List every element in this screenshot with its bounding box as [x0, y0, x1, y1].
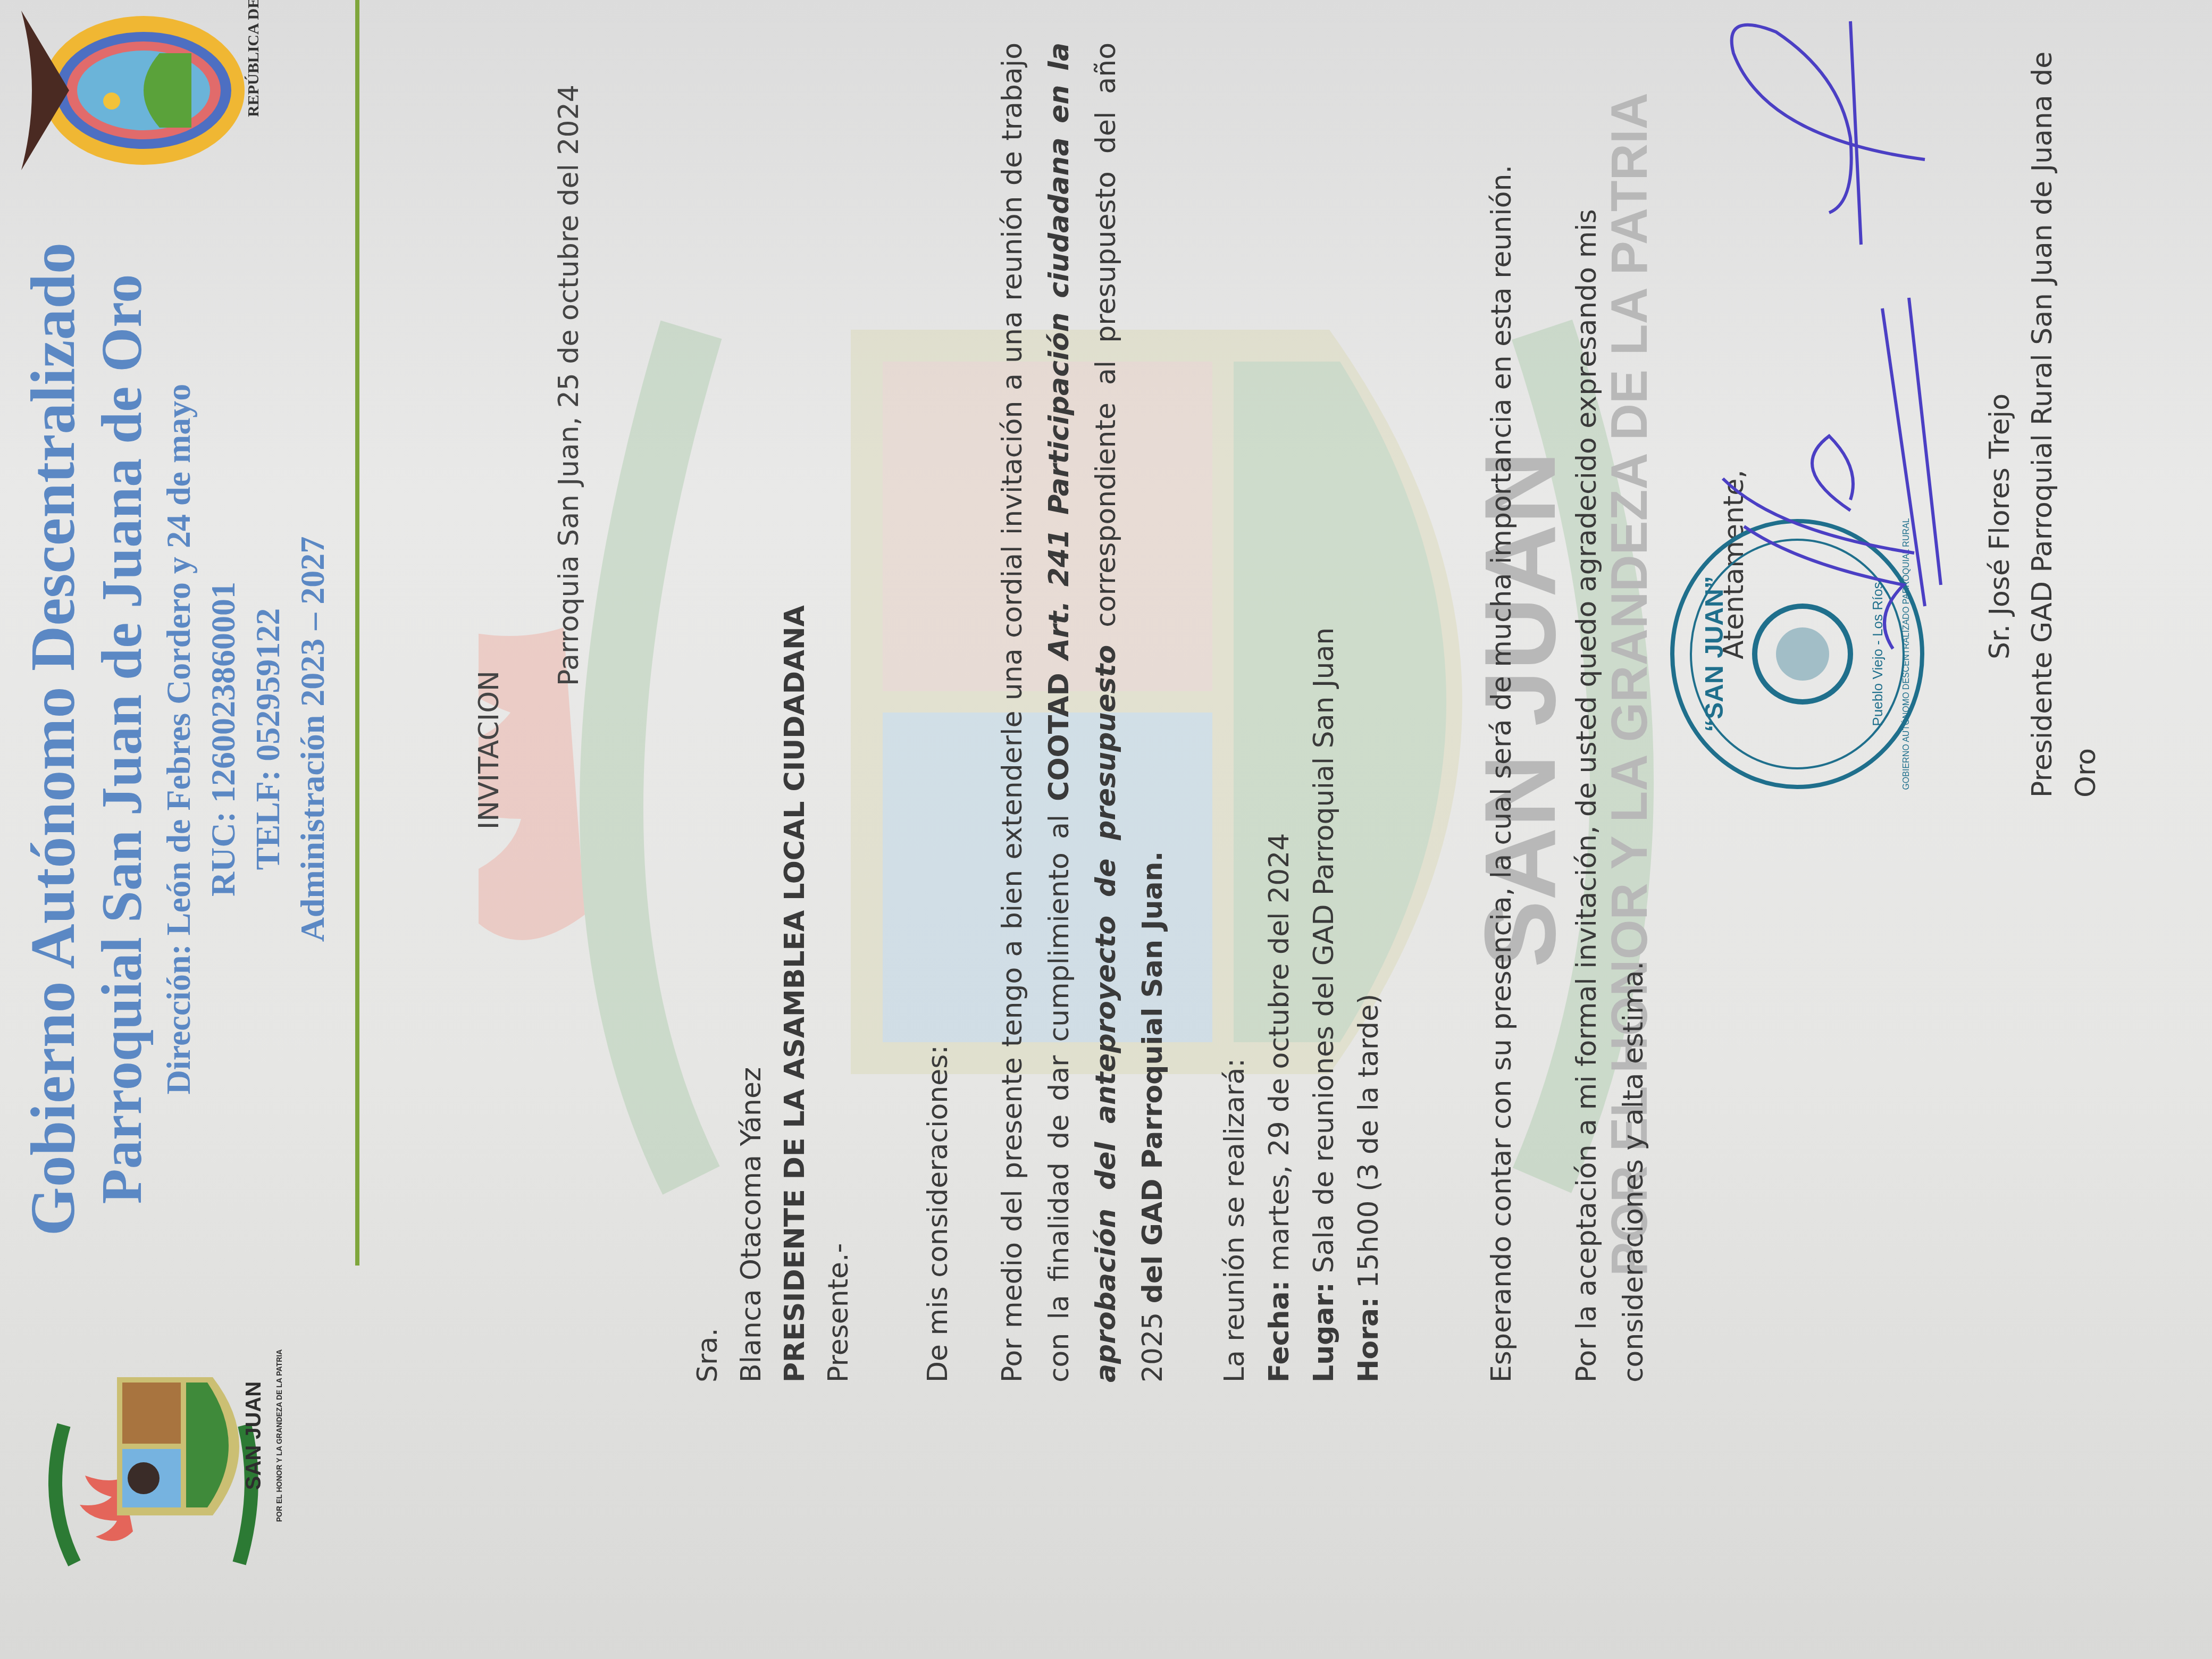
paragraph-expectation: Esperando contar con su presencia, la cu… — [1478, 43, 1525, 1382]
letterhead: Gobierno Autónomo Descentralizado Parroq… — [16, 181, 335, 1297]
place-and-date: Parroquia San Juan, 25 de octubre del 20… — [553, 85, 585, 686]
letterhead-ruc: RUC: 1260023860001 — [201, 181, 246, 1297]
signature-initial-icon — [1702, 0, 1946, 266]
paragraph-invitation: Por medio del presente tengo a bien exte… — [989, 43, 1176, 1382]
svg-text:SAN JUAN: SAN JUAN — [242, 1381, 265, 1490]
letter-page: SAN JUAN POR EL HONOR Y LA GRANDEZA DE L… — [0, 0, 2212, 1659]
cootad-reference: COOTAD — [1043, 673, 1075, 801]
recipient-salutation: Sra. — [686, 605, 730, 1382]
recipient-name: Blanca Otacoma Yánez — [730, 605, 773, 1382]
letterhead-line2: Parroquial San Juan de Juana de Oro — [88, 181, 156, 1297]
meeting-details: La reunión se realizará: Fecha: martes, … — [1212, 627, 1391, 1382]
signature-president-icon — [1691, 287, 1957, 670]
meeting-intro: La reunión se realizará: — [1212, 627, 1257, 1382]
svg-text:POR EL HONOR Y LA GRANDEZA DE: POR EL HONOR Y LA GRANDEZA DE LA PATRIA — [275, 1350, 283, 1522]
meeting-date: Fecha: martes, 29 de octubre del 2024 — [1257, 627, 1302, 1382]
signer-role: Presidente GAD Parroquial Rural San Juan… — [2021, 0, 2108, 798]
gad-reference: del GAD Parroquial San Juan. — [1137, 851, 1169, 1303]
san-juan-coat-of-arms-icon: SAN JUAN POR EL HONOR Y LA GRANDEZA DE L… — [11, 1297, 298, 1595]
signer-name: Sr. José Flores Trejo — [1978, 393, 2022, 659]
recipient-block: Sra. Blanca Otacoma Yánez PRESIDENTE DE … — [686, 605, 860, 1382]
letterhead-line1: Gobierno Autónomo Descentralizado — [16, 181, 90, 1297]
letterhead-address: Dirección: León de Febres Cordero y 24 d… — [156, 181, 201, 1297]
recipient-presente: Presente.- — [817, 605, 860, 1382]
meeting-time: Hora: 15h00 (3 de la tarde) — [1346, 627, 1391, 1382]
recipient-position: PRESIDENTE DE LA ASAMBLEA LOCAL CIUDADAN… — [773, 605, 817, 1382]
letterhead-phone: TELF: 052959122 — [246, 181, 290, 1297]
letterhead-administration: Administración 2023 – 2027 — [290, 181, 335, 1297]
greeting: De mis consideraciones: — [915, 43, 961, 1382]
document-title: INVITACION — [473, 671, 505, 829]
meeting-place: Lugar: Sala de reuniones del GAD Parroqu… — [1302, 627, 1346, 1382]
ecuador-coat-of-arms-icon — [0, 0, 287, 181]
national-caption: REPÚBLICA DEL ECUA — [245, 0, 263, 117]
paragraph-thanks: Por la aceptación a mi formal invitación… — [1563, 43, 1657, 1382]
header-divider — [355, 0, 359, 1266]
